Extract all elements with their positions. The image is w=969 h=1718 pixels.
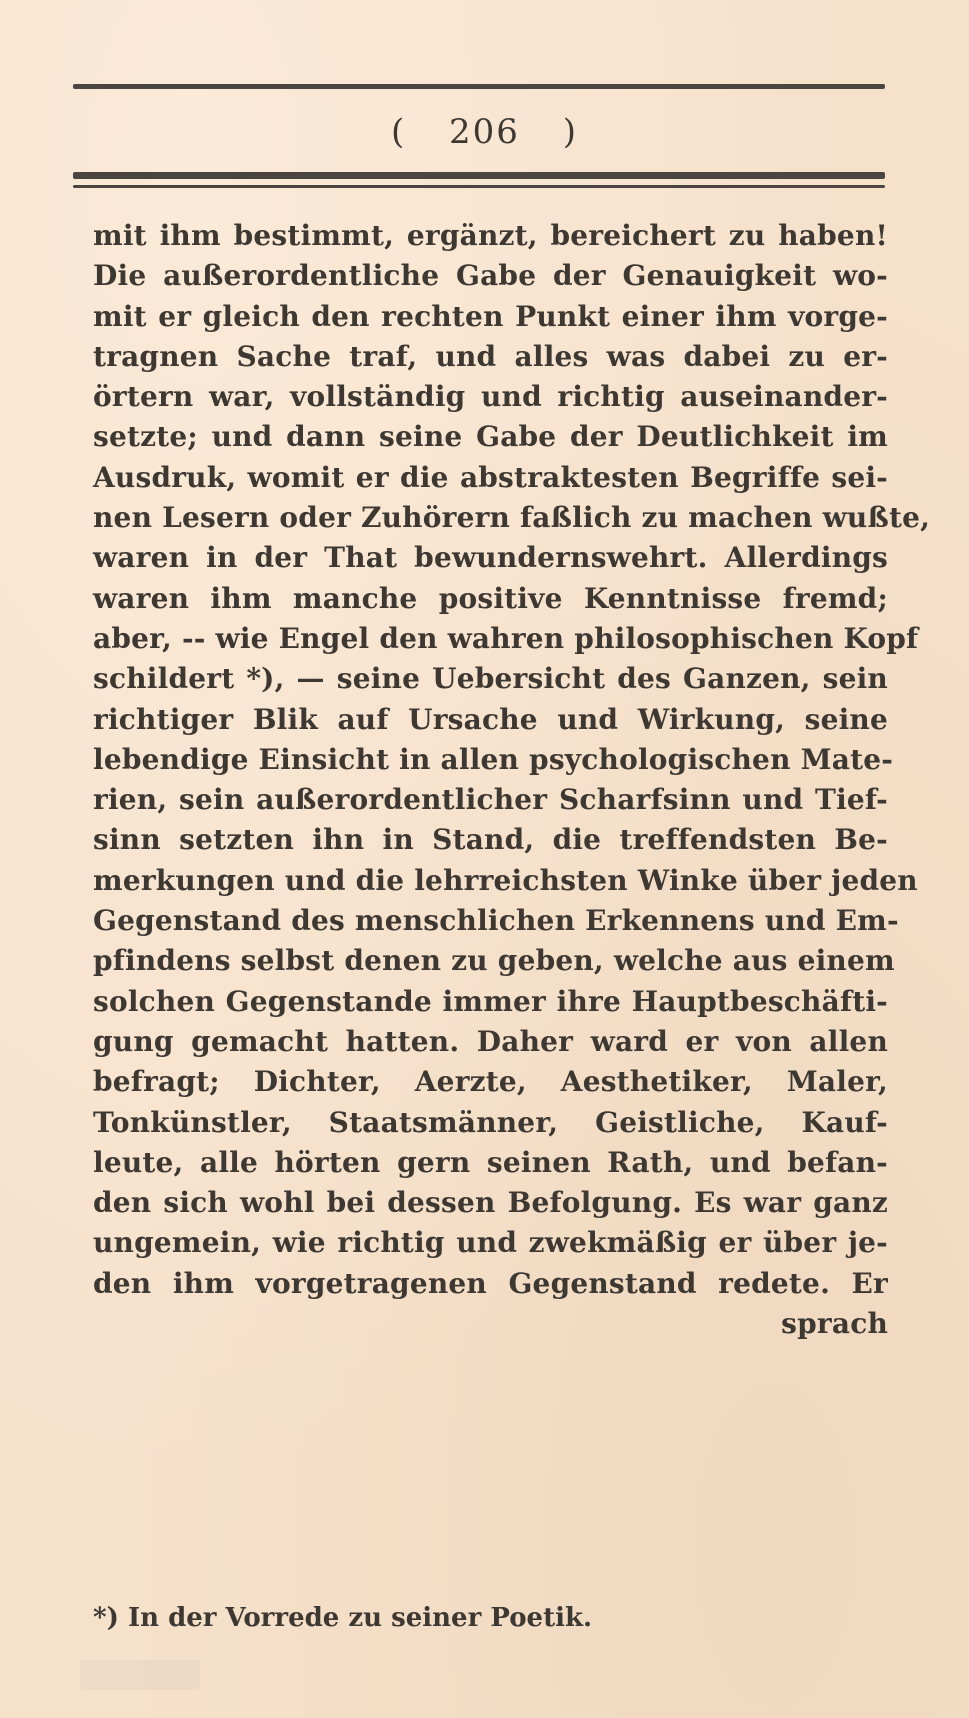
text-line: sinn setzten ihn in Stand, die treffends… (93, 820, 888, 860)
page-header: ( 206 ) (0, 108, 969, 156)
text-line: solchen Gegenstande immer ihre Hauptbesc… (93, 982, 888, 1022)
text-line: mit ihm bestimmt, ergänzt, bereichert zu… (93, 216, 888, 256)
text-line: nen Lesern oder Zuhörern faßlich zu mach… (93, 498, 888, 538)
text-line: aber, -- wie Engel den wahren philosophi… (93, 619, 888, 659)
text-line: rien, sein außerordentlicher Scharfsinn … (93, 780, 888, 820)
text-line: merkungen und die lehrreichsten Winke üb… (93, 861, 888, 901)
text-line: waren in der That bewundernswehrt. Aller… (93, 538, 888, 578)
header-double-rule-thick (73, 172, 885, 179)
text-line: mit er gleich den rechten Punkt einer ih… (93, 297, 888, 337)
text-line: Gegenstand des menschlichen Erkennens un… (93, 901, 888, 941)
bleed-through-smudge (80, 1660, 200, 1690)
text-line: leute, alle hörten gern seinen Rath, und… (93, 1143, 888, 1183)
text-line: ungemein, wie richtig und zwekmäßig er ü… (93, 1223, 888, 1263)
text-line: Tonkünstler, Staatsmänner, Geistliche, K… (93, 1103, 888, 1143)
text-line: schildert *), — seine Uebersicht des Gan… (93, 659, 888, 699)
top-rule (73, 84, 885, 89)
body-text: mit ihm bestimmt, ergänzt, bereichert zu… (93, 216, 888, 1344)
text-line: Ausdruk, womit er die abstraktesten Begr… (93, 458, 888, 498)
text-line: Die außerordentliche Gabe der Genauigkei… (93, 256, 888, 296)
footnote: *) In der Vorrede zu seiner Poetik. (93, 1601, 592, 1635)
text-line: tragnen Sache traf, und alles was dabei … (93, 337, 888, 377)
header-close-paren: ) (563, 108, 578, 156)
book-page: ( 206 ) mit ihm bestimmt, ergänzt, berei… (0, 0, 969, 1718)
catchword: sprach (93, 1304, 888, 1344)
text-line: setzte; und dann seine Gabe der Deutlich… (93, 417, 888, 457)
text-line: den sich wohl bei dessen Befolgung. Es w… (93, 1183, 888, 1223)
text-line: den ihm vorgetragenen Gegenstand redete.… (93, 1264, 888, 1304)
header-double-rule-thin (73, 185, 885, 188)
text-line: pfindens selbst denen zu geben, welche a… (93, 941, 888, 981)
text-line: lebendige Einsicht in allen psychologisc… (93, 740, 888, 780)
text-line: örtern war, vollständig und richtig ause… (93, 377, 888, 417)
text-line: gung gemacht hatten. Daher ward er von a… (93, 1022, 888, 1062)
header-open-paren: ( (391, 108, 406, 156)
text-line: befragt; Dichter, Aerzte, Aesthetiker, M… (93, 1062, 888, 1102)
text-line: waren ihm manche positive Kenntnisse fre… (93, 579, 888, 619)
page-number: 206 (449, 112, 520, 152)
text-line: richtiger Blik auf Ursache und Wirkung, … (93, 700, 888, 740)
